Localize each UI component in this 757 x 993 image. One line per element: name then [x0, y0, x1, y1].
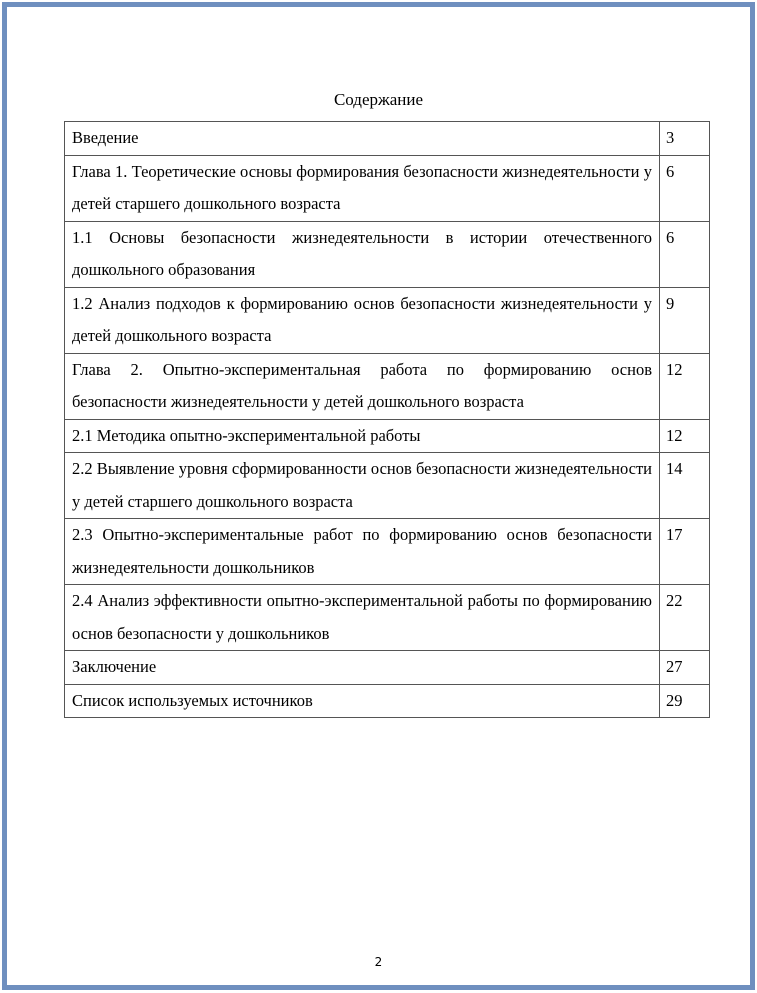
toc-entry-page: 14: [660, 453, 710, 519]
toc-table: Введение 3 Глава 1. Теоретические основы…: [64, 121, 710, 718]
toc-row: Глава 1. Теоретические основы формирован…: [65, 155, 710, 221]
toc-entry-text: Глава 2. Опытно-экспериментальная работа…: [65, 353, 660, 419]
toc-entry-page: 9: [660, 287, 710, 353]
toc-row: 1.2 Анализ подходов к формированию основ…: [65, 287, 710, 353]
toc-entry-text: Введение: [65, 122, 660, 156]
toc-entry-text: 2.1 Методика опытно-экспериментальной ра…: [65, 419, 660, 453]
toc-row: Глава 2. Опытно-экспериментальная работа…: [65, 353, 710, 419]
toc-entry-text: Заключение: [65, 651, 660, 685]
toc-row: 2.2 Выявление уровня сформированности ос…: [65, 453, 710, 519]
toc-row: Введение 3: [65, 122, 710, 156]
toc-row: 2.3 Опытно-экспериментальные работ по фо…: [65, 519, 710, 585]
toc-entry-text: 2.3 Опытно-экспериментальные работ по фо…: [65, 519, 660, 585]
toc-entry-page: 6: [660, 221, 710, 287]
toc-row: 2.4 Анализ эффективности опытно-эксперим…: [65, 585, 710, 651]
toc-row: Заключение 27: [65, 651, 710, 685]
page-number: 2: [0, 955, 757, 969]
toc-entry-page: 29: [660, 684, 710, 718]
toc-entry-text: 1.1 Основы безопасности жизнедеятельност…: [65, 221, 660, 287]
toc-entry-page: 12: [660, 353, 710, 419]
toc-entry-page: 12: [660, 419, 710, 453]
toc-entry-text: Список используемых источников: [65, 684, 660, 718]
toc-entry-text: 2.4 Анализ эффективности опытно-эксперим…: [65, 585, 660, 651]
toc-entry-page: 27: [660, 651, 710, 685]
toc-entry-page: 6: [660, 155, 710, 221]
toc-title: Содержание: [0, 89, 757, 111]
toc-entry-text: 2.2 Выявление уровня сформированности ос…: [65, 453, 660, 519]
toc-entry-page: 17: [660, 519, 710, 585]
toc-row: 1.1 Основы безопасности жизнедеятельност…: [65, 221, 710, 287]
toc-row: Список используемых источников 29: [65, 684, 710, 718]
toc-entry-page: 22: [660, 585, 710, 651]
toc-entry-text: 1.2 Анализ подходов к формированию основ…: [65, 287, 660, 353]
toc-entry-text: Глава 1. Теоретические основы формирован…: [65, 155, 660, 221]
toc-row: 2.1 Методика опытно-экспериментальной ра…: [65, 419, 710, 453]
toc-entry-page: 3: [660, 122, 710, 156]
